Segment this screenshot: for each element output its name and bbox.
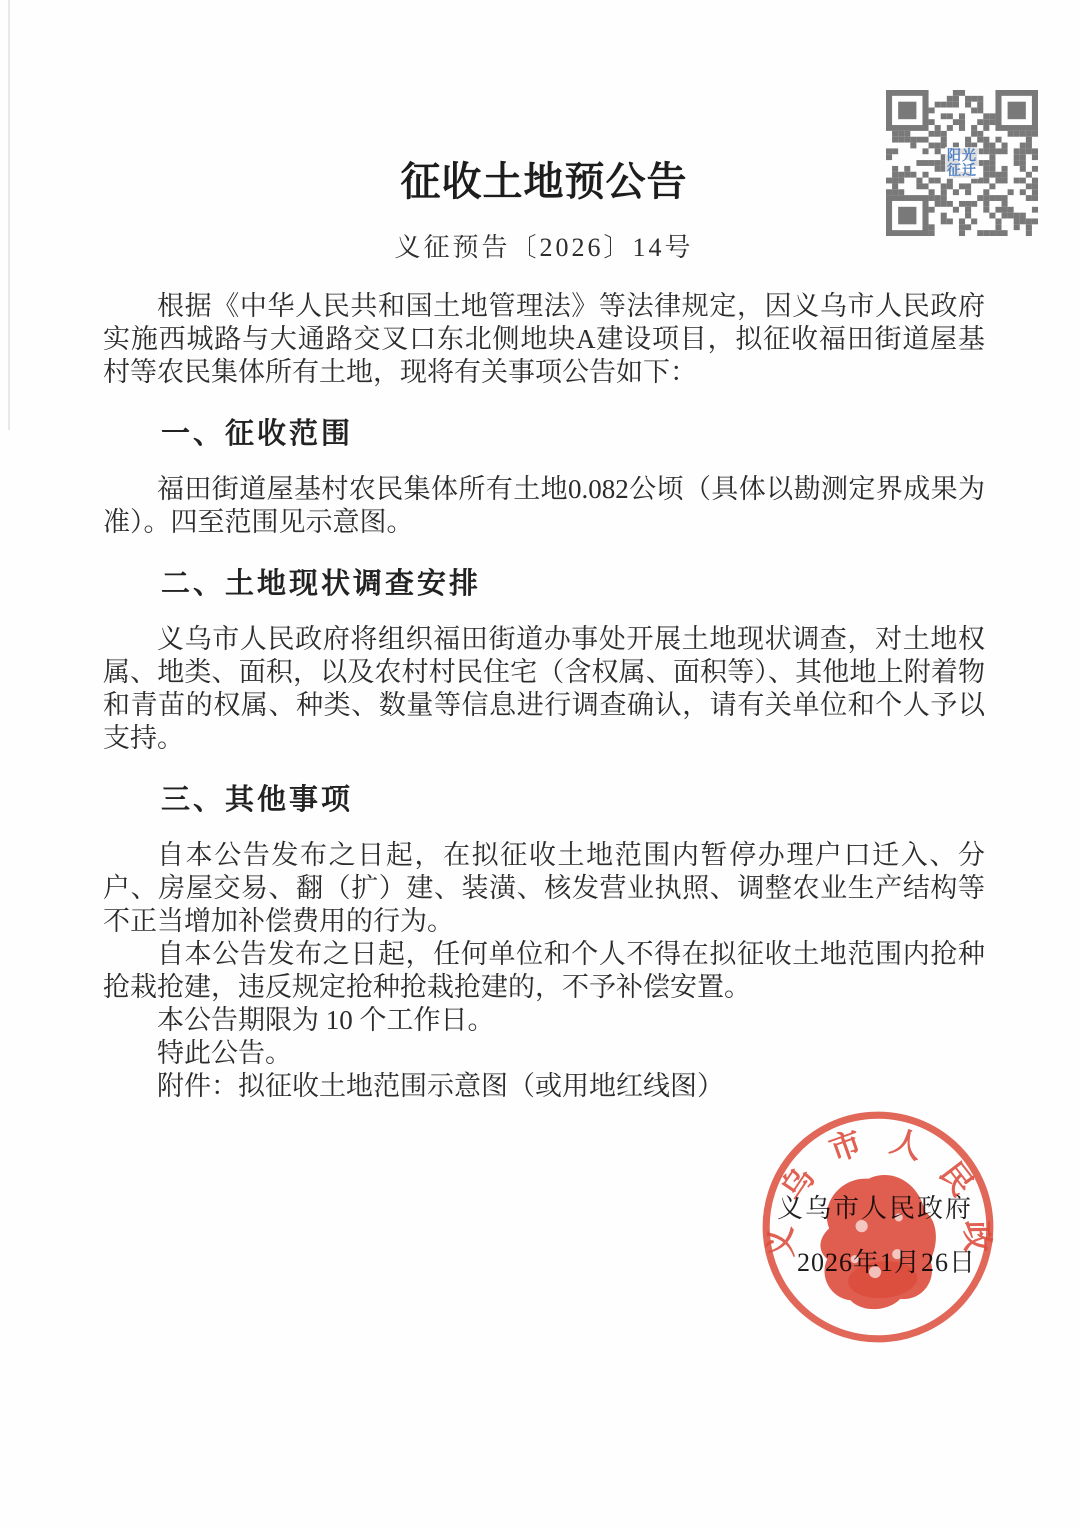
section-3-paragraph-3: 本公告期限为 10 个工作日。 xyxy=(103,1004,985,1037)
section-1-heading: 一、征收范围 xyxy=(103,415,985,453)
section-3-paragraph-4: 特此公告。 xyxy=(103,1037,985,1070)
section-3-paragraph-1: 自本公告发布之日起，在拟征收土地范围内暂停办理户口迁入、分户、房屋交易、翻（扩）… xyxy=(103,839,985,938)
document-title: 征收土地预公告 xyxy=(103,150,985,207)
official-seal: 义乌市人民政府 xyxy=(748,1097,1008,1357)
scan-artifact-line xyxy=(8,0,10,430)
section-3-heading: 三、其他事项 xyxy=(103,781,985,819)
section-2-heading: 二、土地现状调查安排 xyxy=(103,565,985,603)
qr-code: 阳光 征迁 xyxy=(886,90,1038,236)
qr-label-line1: 阳光 xyxy=(947,148,977,163)
intro-paragraph: 根据《中华人民共和国土地管理法》等法律规定，因义乌市人民政府实施西城路与大通路交… xyxy=(103,290,985,389)
qr-center-label: 阳光 征迁 xyxy=(945,147,979,179)
seal-emblem xyxy=(816,1172,941,1313)
section-2-paragraph: 义乌市人民政府将组织福田街道办事处开展土地现状调查，对土地权属、地类、面积，以及… xyxy=(103,623,985,755)
document-number: 义征预告〔2026〕14号 xyxy=(103,227,985,264)
section-1-paragraph: 福田街道屋基村农民集体所有土地0.082公顷（具体以勘测定界成果为准）。四至范围… xyxy=(103,473,985,539)
announcement-document: 阳光 征迁 征收土地预公告 义征预告〔2026〕14号 根据《中华人民共和国土地… xyxy=(0,0,1080,1527)
document-body: 根据《中华人民共和国土地管理法》等法律规定，因义乌市人民政府实施西城路与大通路交… xyxy=(103,290,985,1103)
section-3-paragraph-2: 自本公告发布之日起，任何单位和个人不得在拟征收土地范围内抢种抢栽抢建，违反规定抢… xyxy=(103,938,985,1004)
qr-label-line2: 征迁 xyxy=(947,163,977,178)
attachment-line: 附件：拟征收土地范围示意图（或用地红线图） xyxy=(103,1070,985,1103)
